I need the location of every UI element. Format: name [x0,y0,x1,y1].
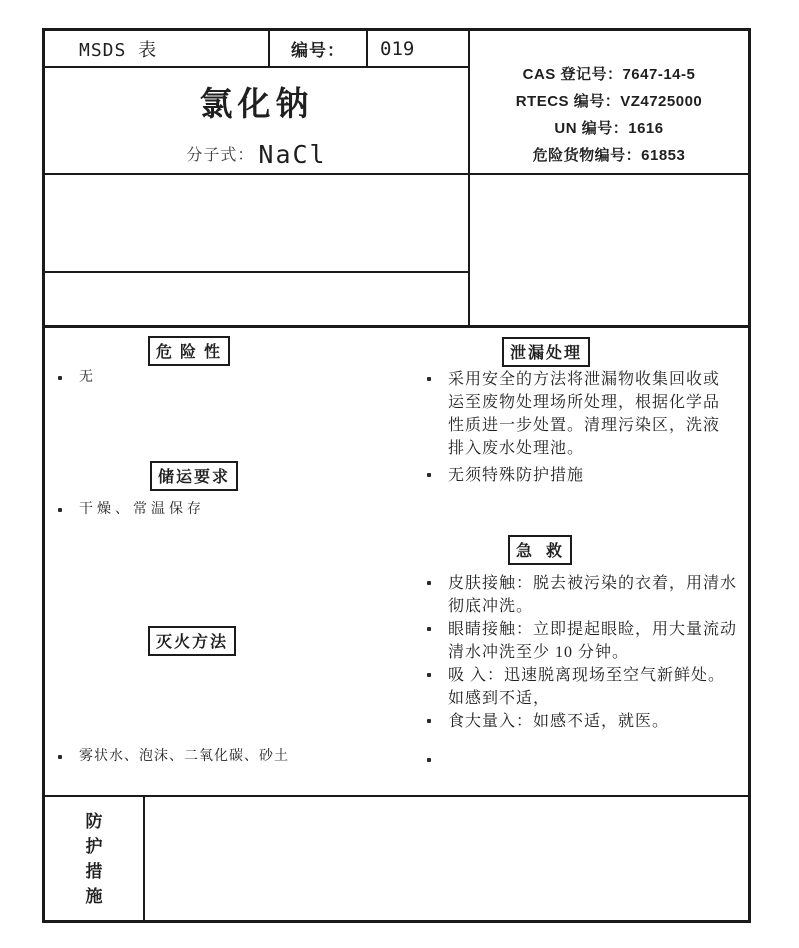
section-title-fire-fighting: 灭火方法 [148,626,236,656]
section-title-first-aid: 急 救 [508,535,572,565]
bullet-dot [58,755,62,759]
empty-cell-upper [45,175,468,273]
bullet-dot [58,508,62,512]
bullet-dot [427,627,431,631]
first-aid-list: 皮肤接触：脱去被污染的衣着，用清水彻底冲洗。 眼睛接触：立即提起眼睑，用大量流动… [427,572,740,762]
form-title: MSDS 表 [79,36,157,62]
cas-number-line: CAS 登记号：7647-14-5 [470,61,748,88]
bullet-dot [427,758,431,762]
chemical-name: 氯化钠 [45,78,468,125]
list-item-leak: 无须特殊防护措施 [427,464,730,487]
form-title-cell: MSDS 表 [45,31,270,68]
dangerous-goods-number-line: 危险货物编号：61853 [470,142,748,169]
doc-number-label: 编号： [291,36,345,61]
list-item-hazard: 无 [58,368,94,388]
list-item-first-aid-empty [427,749,740,762]
rtecs-number-line: RTECS 编号：VZ4725000 [470,88,748,115]
formula-label: 分子式： [186,147,254,164]
protection-label-cell: 防护措施 [45,797,145,920]
list-item-first-aid: 吸 入：迅速脱离现场至空气新鲜处。如感到不适， [427,664,740,710]
first-aid-item-text: 眼睛接触：立即提起眼睑，用大量流动清水冲洗至少 10 分钟。 [448,618,740,664]
protection-label: 防护措施 [83,809,105,909]
section-title-storage: 储运要求 [150,461,238,491]
doc-number-value-cell: 019 [368,31,468,68]
un-number-line: UN 编号：1616 [470,115,748,142]
bullet-dot [427,473,431,477]
first-aid-item-text: 食大量入：如感不适，就医。 [448,710,740,733]
empty-cell-lower [45,273,468,325]
msds-sheet: MSDS 表 编号： 019 氯化钠 分子式： NaCl CAS 登记号：764… [42,28,751,923]
formula-value: NaCl [258,140,326,169]
list-item-fire-fighting: 雾状水、泡沫、二氧化碳、砂土 [58,747,289,767]
bullet-dot [427,581,431,585]
bullet-dot [58,376,62,380]
empty-cell-right [468,175,748,325]
list-item-first-aid: 眼睛接触：立即提起眼睑，用大量流动清水冲洗至少 10 分钟。 [427,618,740,664]
chemical-title-cell: 氯化钠 分子式： NaCl [45,68,468,175]
bullet-dot [427,377,431,381]
hazard-item: 无 [79,368,94,388]
bullet-dot [427,673,431,677]
formula-line: 分子式： NaCl [45,140,468,169]
leak-item-text: 采用安全的方法将泄漏物收集回收或运至废物处理场所处理，根据化学品性质进一步处置。… [448,368,730,460]
main-body: 危 险 性 无 储运要求 干燥、常温保存 灭火方法 雾状水、泡沫、二氧化碳、砂土… [45,325,748,797]
storage-item: 干燥、常温保存 [79,500,205,520]
doc-number-label-cell: 编号： [270,31,368,68]
first-aid-item-text: 吸 入：迅速脱离现场至空气新鲜处。如感到不适， [448,664,740,710]
doc-number-value: 019 [380,38,414,60]
list-item-first-aid: 食大量入：如感不适，就医。 [427,710,740,733]
leak-item-text: 无须特殊防护措施 [448,464,730,487]
leak-handling-list: 采用安全的方法将泄漏物收集回收或运至废物处理场所处理，根据化学品性质进一步处置。… [427,368,730,491]
first-aid-item-text: 皮肤接触：脱去被污染的衣着，用清水彻底冲洗。 [448,572,740,618]
list-item-leak: 采用安全的方法将泄漏物收集回收或运至废物处理场所处理，根据化学品性质进一步处置。… [427,368,730,460]
list-item-first-aid: 皮肤接触：脱去被污染的衣着，用清水彻底冲洗。 [427,572,740,618]
section-title-leak-handling: 泄漏处理 [502,337,590,367]
section-title-hazard: 危 险 性 [148,336,230,366]
fire-fighting-item: 雾状水、泡沫、二氧化碳、砂土 [79,747,289,767]
registry-numbers-cell: CAS 登记号：7647-14-5 RTECS 编号：VZ4725000 UN … [468,31,748,175]
bullet-dot [427,719,431,723]
list-item-storage: 干燥、常温保存 [58,500,205,520]
protection-content-cell [145,797,748,920]
